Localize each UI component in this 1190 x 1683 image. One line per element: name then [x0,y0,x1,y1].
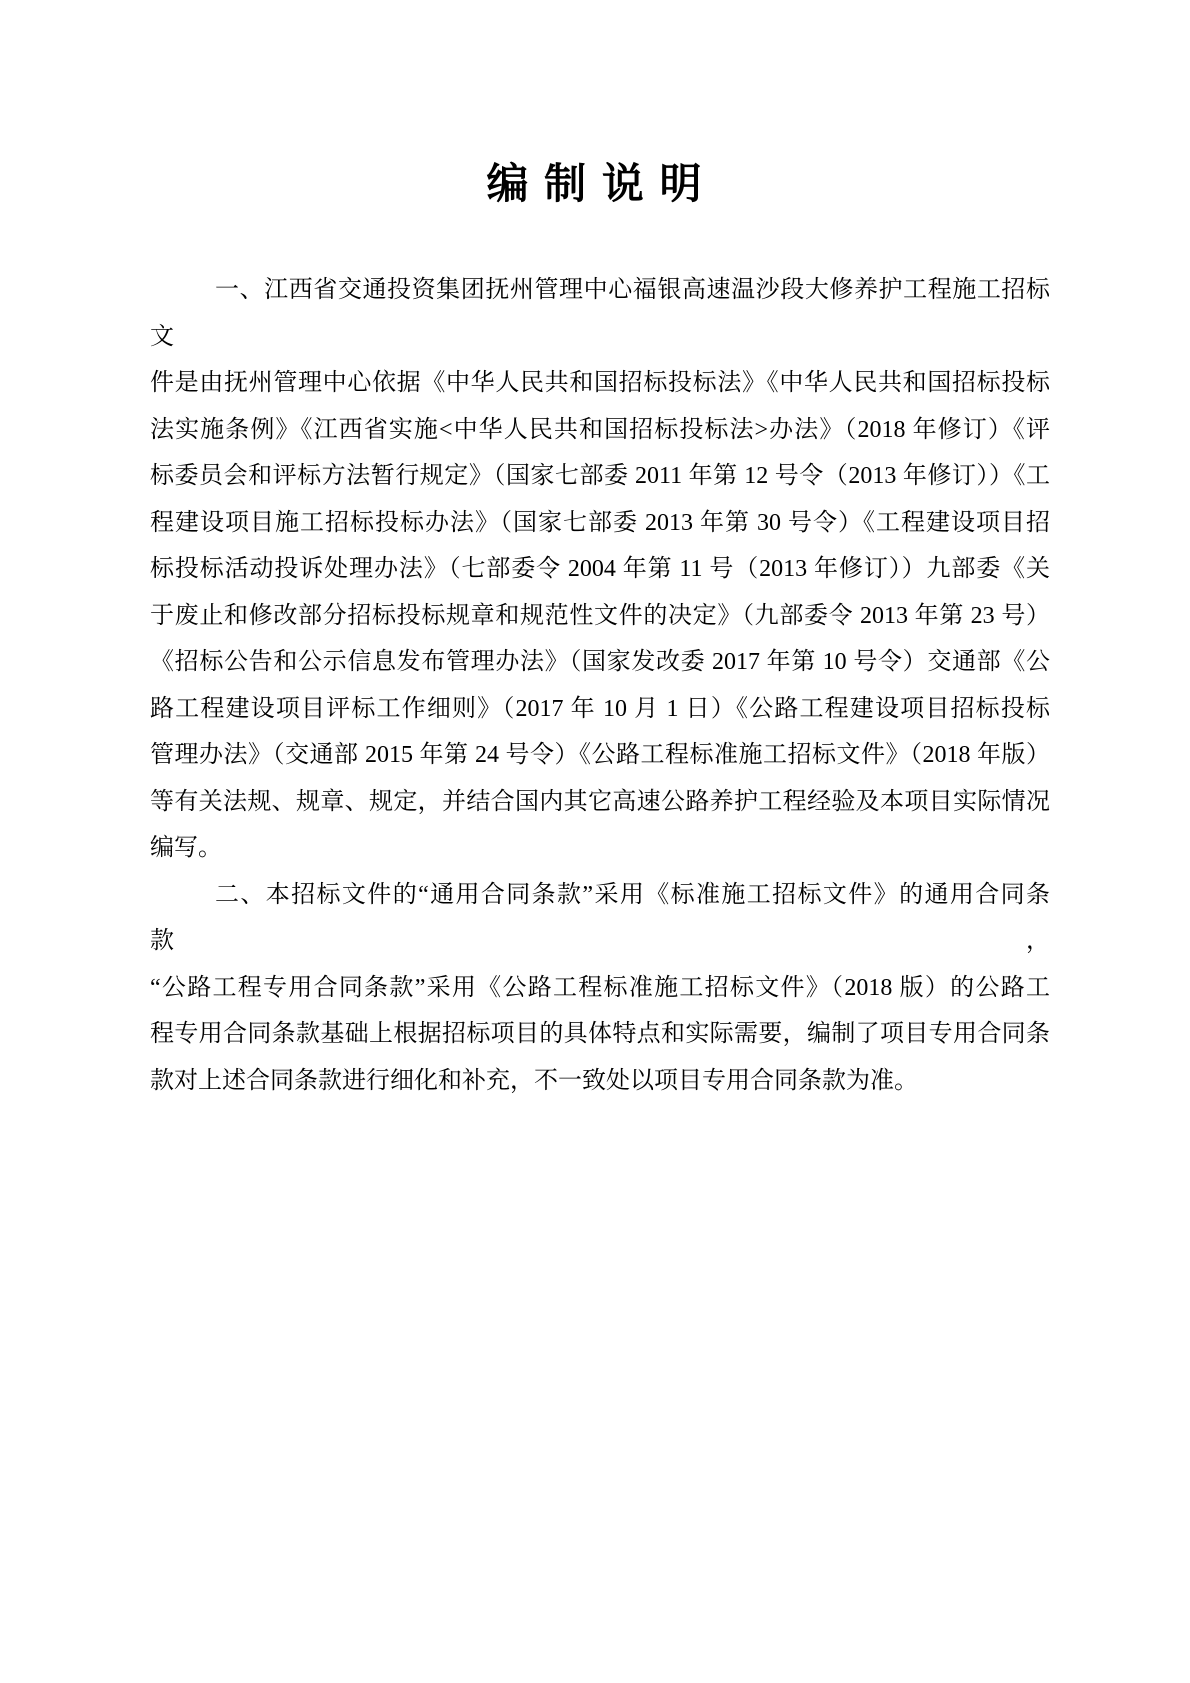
text-line: 程建设项目施工招标投标办法》（国家七部委 2013 年第 30 号令）《工程建设… [150,500,1050,547]
text-line: 路工程建设项目评标工作细则》（2017 年 10 月 1 日）《公路工程建设项目… [150,686,1050,733]
document-title: 编 制 说 明 [0,161,1190,207]
text-line: 程专用合同条款基础上根据招标项目的具体特点和实际需要，编制了项目专用合同条 [150,1011,1050,1058]
text-line: 标委员会和评标方法暂行规定》（国家七部委 2011 年第 12 号令（2013 … [150,453,1050,500]
text-line: “公路工程专用合同条款”采用《公路工程标准施工招标文件》（2018 版）的公路工 [150,965,1050,1012]
text-line: 件是由抚州管理中心依据《中华人民共和国招标投标法》《中华人民共和国招标投标 [150,360,1050,407]
document-page: 编 制 说 明 一、江西省交通投资集团抚州管理中心福银高速温沙段大修养护工程施工… [0,0,1190,1683]
text-line: 管理办法》（交通部 2015 年第 24 号令）《公路工程标准施工招标文件》（2… [150,732,1050,779]
text-line: 于废止和修改部分招标投标规章和规范性文件的决定》（九部委令 2013 年第 23… [150,593,1050,640]
text-line: 等有关法规、规章、规定，并结合国内其它高速公路养护工程经验及本项目实际情况 [150,779,1050,826]
document-body: 一、江西省交通投资集团抚州管理中心福银高速温沙段大修养护工程施工招标文件是由抚州… [150,267,1050,1104]
text-line: 一、江西省交通投资集团抚州管理中心福银高速温沙段大修养护工程施工招标文 [150,267,1050,360]
text-line: 《招标公告和公示信息发布管理办法》（国家发改委 2017 年第 10 号令）交通… [150,639,1050,686]
paragraph-1: 一、江西省交通投资集团抚州管理中心福银高速温沙段大修养护工程施工招标文件是由抚州… [150,267,1050,872]
text-line: 款对上述合同条款进行细化和补充，不一致处以项目专用合同条款为准。 [150,1058,1050,1105]
paragraph-2: 二、本招标文件的“通用合同条款”采用《标准施工招标文件》的通用合同条款，“公路工… [150,872,1050,1105]
text-line: 法实施条例》《江西省实施<中华人民共和国招标投标法>办法》（2018 年修订）《… [150,407,1050,454]
text-line: 二、本招标文件的“通用合同条款”采用《标准施工招标文件》的通用合同条款， [150,872,1050,965]
text-line: 编写。 [150,825,1050,872]
text-line: 标投标活动投诉处理办法》（七部委令 2004 年第 11 号（2013 年修订）… [150,546,1050,593]
